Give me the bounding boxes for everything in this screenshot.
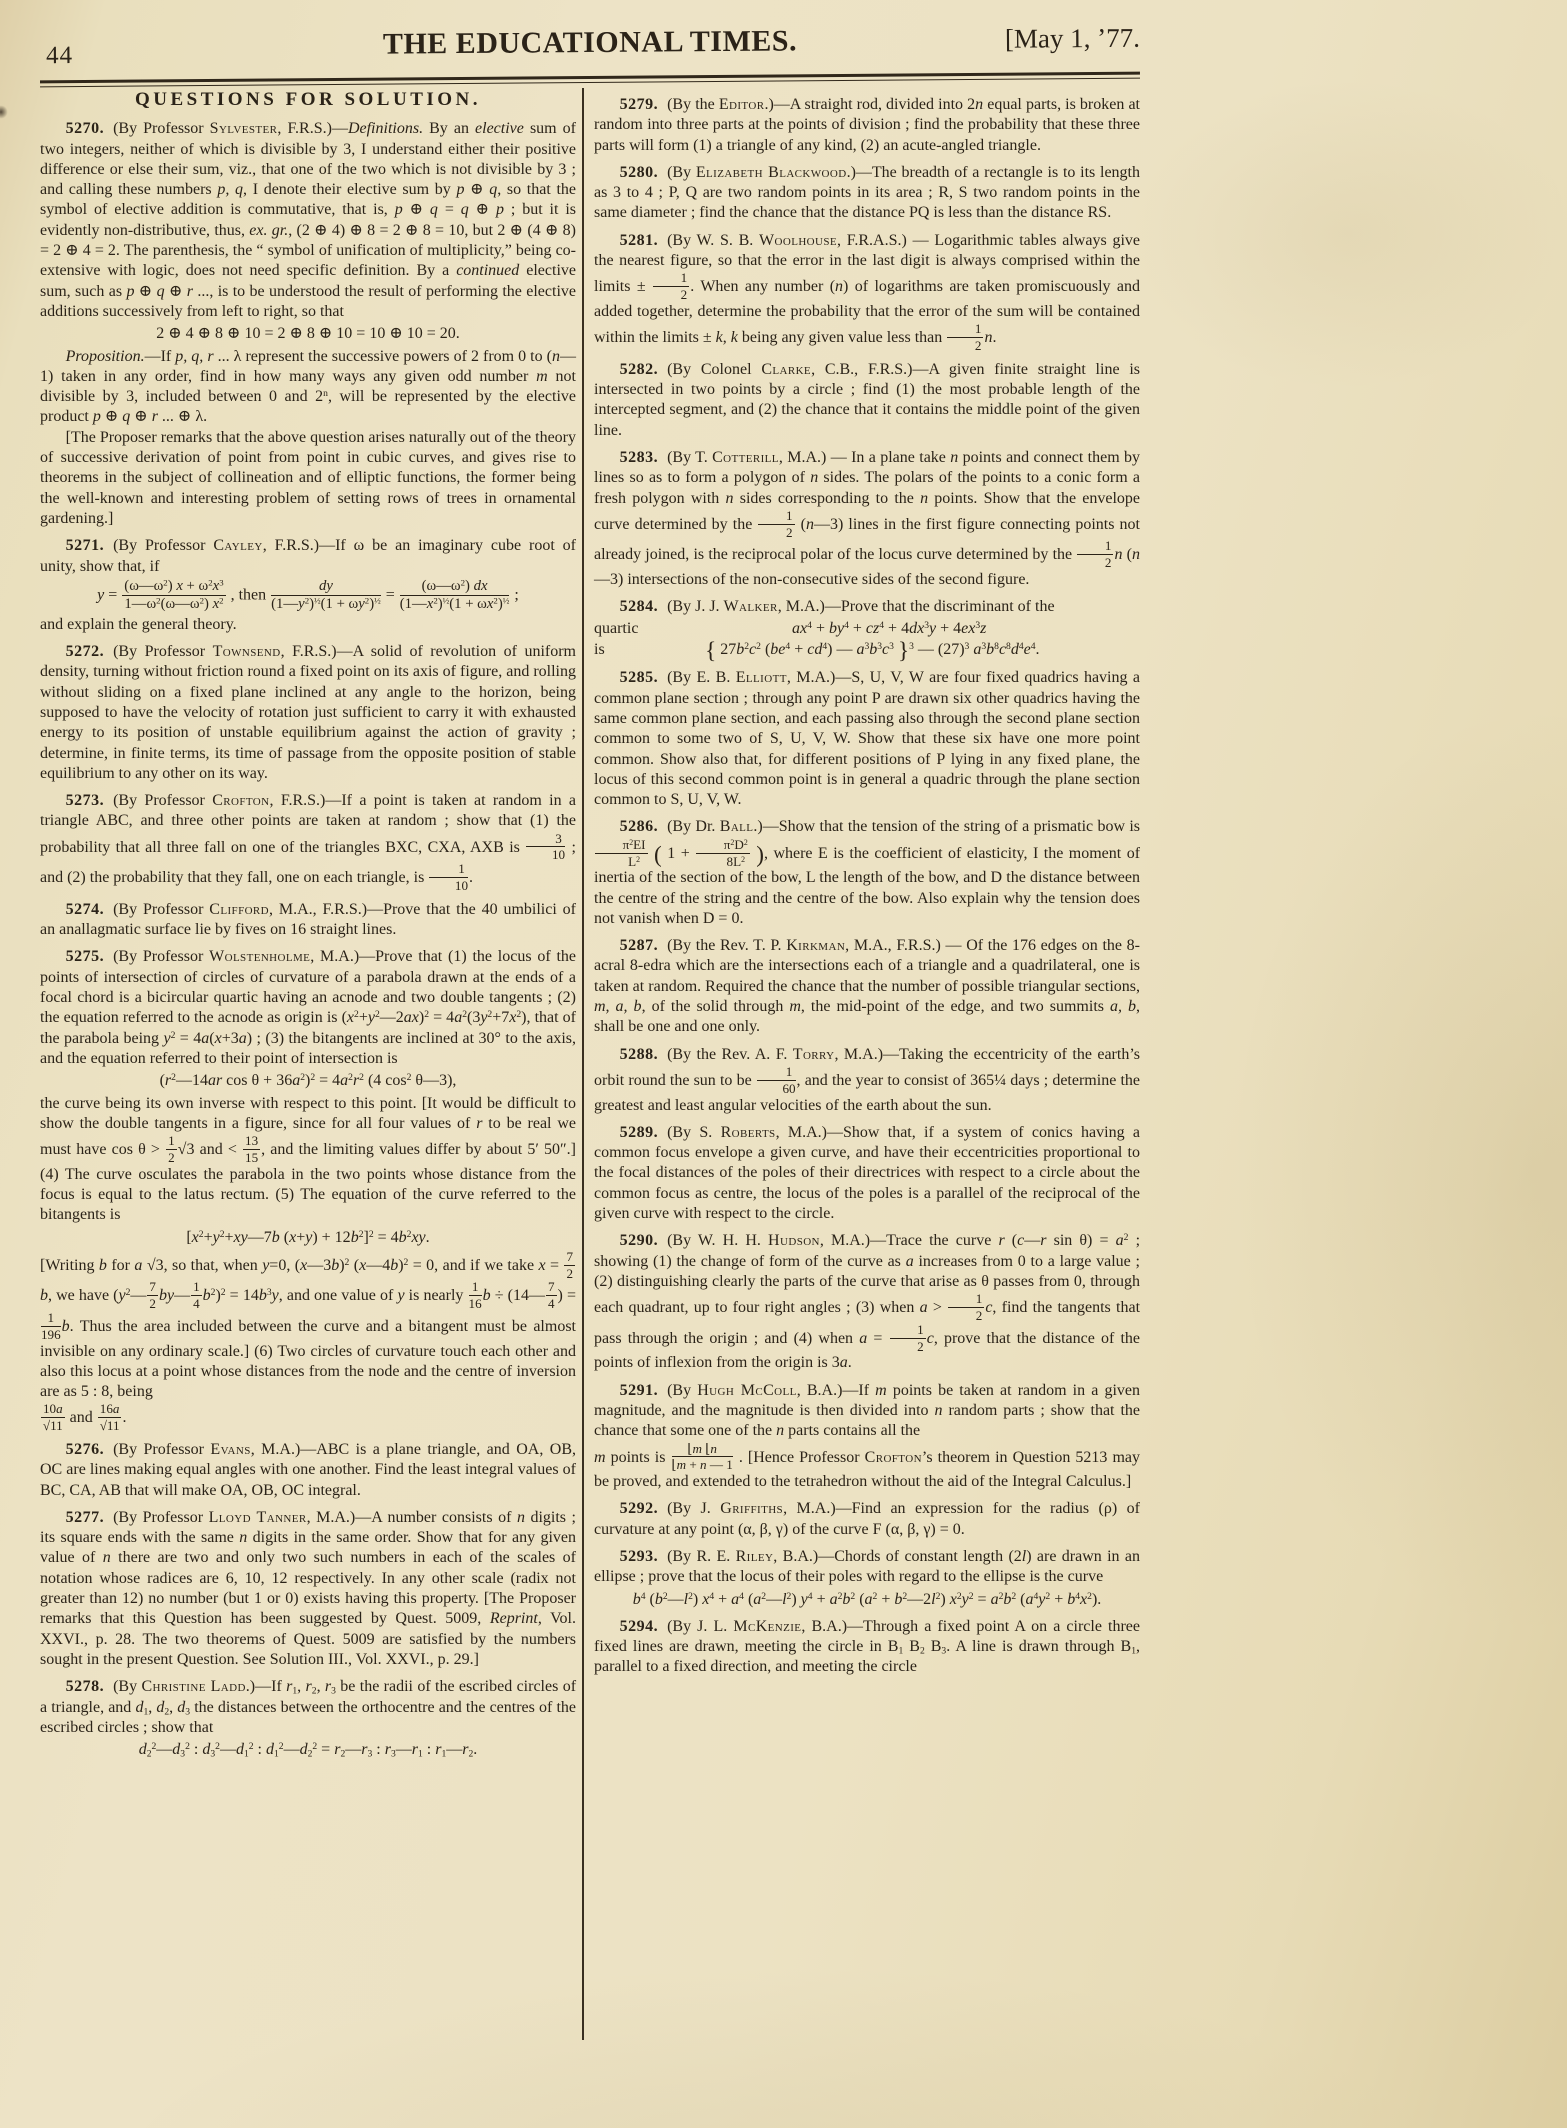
fraction-denominator: √11 [41,1418,65,1433]
math-variable: Definitions. [348,120,423,137]
fraction-denominator: (1—y2)½(1 + ωy2)½ [271,596,381,612]
superscript: 2 [312,1741,317,1752]
labelled-equation: quarticax4 + by4 + cz4 + 4dx3y + 4ex3z [594,619,1140,639]
question-paragraph: 5286.(By Dr. Ball.)—Show that the tensio… [594,817,1140,929]
fraction: (ω—ω2) x + ω2x31—ω2(ω—ω2) x2 [121,579,226,613]
subscript: 2 [164,1706,169,1717]
math-variable: y [262,1257,269,1274]
question-paragraph: [Writing b for a √3, so that, when y=0, … [40,1250,576,1403]
superscript: 2 [433,596,437,606]
math-variable: b [633,1591,641,1608]
math-variable: Reprint [490,1610,538,1627]
question-number: 5282. [620,361,668,378]
question-5279: 5279.(By the Editor.)—A straight rod, di… [594,95,1140,156]
math-variable: r [998,1232,1004,1249]
math-variable: ex. gr. [249,222,288,239]
fraction: 12 [652,271,690,302]
superscript: 3 [219,577,223,587]
subscript: 3 [941,1646,946,1657]
page-content: QUESTIONS FOR SOLUTION. 5270.(By Profess… [40,88,1140,2040]
subscript: 1 [898,1646,903,1657]
subscript: 2 [920,1646,925,1657]
fraction-numerator: 1 [41,1311,61,1327]
math-variable: a [859,1330,867,1347]
superscript: 2 [424,1010,429,1021]
math-variable: a [56,1401,63,1416]
math-variable: continued [456,262,519,279]
superscript: 2 [744,838,748,847]
fraction-denominator: 10 [526,847,565,862]
fraction-denominator: 8L2 [696,854,750,869]
superscript: n [323,388,328,399]
math-variable: z [980,620,986,637]
question-number: 5288. [620,1046,668,1063]
superscript: 2 [365,596,369,606]
author-name: Cayley [213,537,262,554]
math-variable: m [875,1382,887,1399]
math-variable: p [126,283,134,300]
question-number: 5276. [66,1441,114,1458]
display-equation: [x2+y2+xy—7b (x+y) + 12b2]2 = 4b2xy. [40,1228,576,1248]
math-variable: b [331,1257,339,1274]
math-variable: k [731,329,738,346]
superscript: 2 [1045,1591,1050,1602]
fraction: 12 [1076,539,1114,570]
fraction-numerator: 3 [526,832,565,848]
superscript: 2 [936,1591,941,1602]
superscript: 2 [407,1072,412,1083]
superscript: 2 [730,838,734,847]
question-paragraph: m points is ⌊m ⌊n⌊m + n — 1 . [Hence Pro… [594,1442,1140,1493]
math-variable: n [726,490,734,507]
math-variable: c [927,1330,934,1347]
equation-formula: ax4 + by4 + cz4 + 4dx3y + 4ex3z [638,619,1140,639]
fraction-numerator: 1 [947,322,983,338]
math-variable: n [984,329,992,346]
question-5278: 5278.(By Christine Ladd.)—If r1, r2, r3 … [40,1677,576,1760]
math-variable: q [122,408,130,425]
math-variable: y [305,1229,312,1246]
superscript: 4 [844,620,849,631]
math-variable: xy [411,1229,425,1246]
labelled-equation: is{ 27b2c2 (be4 + cd4) — a3b3c3 }3 — (27… [594,640,1140,661]
display-equation: 2 ⊕ 4 ⊕ 8 ⊕ 10 = 2 ⊕ 8 ⊕ 10 = 10 ⊕ 10 = … [40,324,576,344]
fraction-denominator: 4 [546,1296,557,1311]
math-variable: ax [404,1009,419,1026]
question-paragraph: 5288.(By the Rev. A. F. Torry, M.A.)—Tak… [594,1045,1140,1116]
superscript: 2 [359,1072,364,1083]
fraction: 1315 [242,1134,261,1165]
math-variable: c [1017,1232,1024,1249]
fraction-denominator: 60 [757,1081,796,1096]
question-paragraph: 5279.(By the Editor.)—A straight rod, di… [594,95,1140,156]
math-variable: a, b [1110,998,1136,1015]
question-paragraph: 5294.(By J. L. McKenzie, B.A.)—Through a… [594,1617,1140,1678]
superscript: 2 [850,1591,855,1602]
math-variable: elective [475,120,524,137]
question-paragraph: 5280.(By Elizabeth Blackwood.)—The bread… [594,163,1140,224]
superscript: 2 [629,838,633,847]
math-variable: c [985,1299,992,1316]
math-variable: a [840,1354,848,1371]
question-number: 5291. [620,1382,668,1399]
fraction-numerator: 1 [757,1065,796,1081]
math-variable: b [62,1318,70,1335]
math-variable: a [731,1591,739,1608]
author-name: Elizabeth Blackwood [696,164,847,181]
math-variable: ex [961,620,975,637]
math-variable: n [776,1422,784,1439]
superscript: ½ [503,596,510,606]
question-5284: 5284.(By J. J. Walker, M.A.)—Prove that … [594,597,1140,661]
math-variable: n [920,490,928,507]
big-paren: { [705,638,716,664]
subscript: 3 [391,1749,396,1760]
superscript: 2 [1124,1233,1129,1244]
author-name: Lloyd Tanner [209,1509,307,1526]
math-variable: r [187,283,193,300]
question-number: 5286. [620,818,668,835]
fraction: ⌊m ⌊n⌊m + n — 1 [671,1442,734,1473]
math-variable: p, q, r [175,348,213,365]
math-variable: b [272,1229,280,1246]
superscript: 2 [156,596,160,606]
math-variable: b [483,1287,491,1304]
question-number: 5281. [620,232,668,249]
fraction-denominator: 2 [653,287,689,302]
masthead-title: THE EDUCATIONAL TIMES. [40,22,1140,65]
fraction-numerator: 10a [41,1402,65,1418]
fraction-numerator: 1 [948,1292,984,1308]
superscript: ½ [443,596,450,606]
question-5270: 5270.(By Professor Sylvester, F.R.S.)—De… [40,119,576,529]
superscript: 2 [354,1010,359,1021]
question-paragraph: 5291.(By Hugh McColl, B.A.)—If m points … [594,1381,1140,1442]
author-name: Christine Ladd [141,1678,245,1695]
question-paragraph: 5274.(By Professor Clifford, M.A., F.R.S… [40,900,576,941]
math-variable: q [461,201,469,218]
superscript: 2 [787,1591,792,1602]
math-variable: b [351,1229,359,1246]
math-variable: xy [234,1229,248,1246]
math-variable: m [677,1457,686,1472]
fraction: 12 [946,322,984,353]
question-5287: 5287.(By the Rev. T. P. Kirkman, M.A., F… [594,936,1140,1037]
question-number: 5272. [66,643,114,660]
fraction-denominator: 196 [41,1327,61,1342]
subscript: 1 [143,1706,148,1717]
subscript: 3 [367,1749,372,1760]
math-variable: y [368,1009,375,1026]
math-variable: n [700,1457,707,1472]
math-variable: a [201,1030,209,1047]
fraction: 310 [525,832,566,863]
subscript: 1 [292,1686,297,1697]
fraction-denominator: 10 [429,878,468,893]
math-variable: n [810,469,818,486]
fraction-denominator: 15 [243,1150,260,1165]
superscript: 3 [909,641,914,652]
math-variable: d [300,1741,308,1758]
question-paragraph: 5273.(By Professor Crofton, F.R.S.)—If a… [40,791,576,893]
subscript: 1 [418,1749,423,1760]
superscript: 4 [709,1591,714,1602]
question-number: 5285. [620,669,668,686]
question-number: 5287. [620,937,668,954]
math-variable: cz [866,620,879,637]
math-variable: dy [319,578,333,594]
math-variable: n [103,1549,111,1566]
superscript: 4 [641,1591,646,1602]
math-variable: y [213,1229,220,1246]
math-variable: ax [792,620,807,637]
fraction-numerator: 1 [890,1323,926,1339]
math-variable: m [536,368,548,385]
display-equation: d22—d32 : d32—d12 : d12—d22 = r2—r3 : r3… [40,1740,576,1760]
superscript: 2 [220,1229,225,1240]
superscript: 2 [969,1591,974,1602]
fraction-numerator: 1 [1077,539,1113,555]
math-variable: a [292,1072,300,1089]
question-5282: 5282.(By Colonel Clarke, C.B., F.R.S.)—A… [594,360,1140,441]
superscript: 2 [1087,1591,1092,1602]
question-5285: 5285.(By E. B. Elliott, M.A.)—S, U, V, W… [594,668,1140,810]
math-variable: n [517,1509,525,1526]
math-variable: Proposition. [66,348,145,365]
question-5293: 5293.(By R. E. Riley, B.A.)—Chords of co… [594,1547,1140,1610]
fraction: 160 [756,1065,797,1096]
fraction-numerator: (ω—ω2) dx [400,579,510,596]
fraction-denominator: 2 [948,1308,984,1323]
question-5288: 5288.(By the Rev. A. F. Torry, M.A.)—Tak… [594,1045,1140,1116]
subscript: 2 [312,1686,317,1697]
author-name: Crofton [212,792,269,809]
issue-date: [May 1, ’77. [1005,23,1140,55]
math-variable: by [159,1287,174,1304]
fraction-numerator: 1 [429,862,468,878]
author-name: Sylvester [210,120,278,137]
superscript: 2 [152,1741,157,1752]
fraction-numerator: 13 [243,1134,260,1150]
question-number: 5292. [620,1500,668,1517]
question-number: 5284. [620,598,668,615]
fraction: π2D28L2 [695,838,751,869]
fraction: 12 [165,1134,178,1165]
author-name: Hudson [768,1232,820,1249]
fraction-numerator: 7 [147,1280,158,1296]
superscript: 2 [873,1591,878,1602]
math-variable: y [119,1287,126,1304]
math-variable: b [259,1287,267,1304]
math-variable: x [289,1229,296,1246]
math-variable: y [962,1591,969,1608]
question-5273: 5273.(By Professor Crofton, F.R.S.)—If a… [40,791,576,893]
question-number: 5270. [66,120,114,137]
superscript: 2 [211,1288,216,1299]
question-number: 5271. [66,537,114,554]
superscript: 3 [889,641,894,652]
question-paragraph: 5272.(By Professor Townsend, F.R.S.)—A s… [40,642,576,784]
fraction: (ω—ω2) dx(1—x2)½(1 + ωx2)½ [399,579,511,613]
question-number: 5273. [66,792,114,809]
fraction-numerator: 1 [758,509,794,525]
author-name: Kirkman [786,937,845,954]
fraction-numerator: 1 [469,1280,482,1296]
superscript: ½ [374,596,381,606]
question-paragraph: 5290.(By W. H. H. Hudson, M.A.)—Trace th… [594,1231,1140,1373]
superscript: 2 [279,1741,284,1752]
question-number: 5283. [620,449,668,466]
math-variable: l [1022,1548,1026,1565]
fraction-numerator: 16a [98,1402,122,1418]
math-variable: b [986,641,994,658]
math-variable: a [991,1591,999,1608]
question-5275: 5275.(By Professor Wolstenholme, M.A.)—P… [40,947,576,1433]
question-number: 5277. [66,1509,114,1526]
fraction-denominator: ⌊m + n — 1 [672,1457,733,1472]
fraction-denominator: L2 [595,854,648,869]
math-variable: e [1024,641,1031,658]
fraction-denominator: 2 [947,338,983,353]
subscript: 2 [469,1749,474,1760]
superscript: 2 [199,1229,204,1240]
math-variable: ar [208,1072,222,1089]
superscript: 2 [636,855,640,864]
math-variable: c [999,641,1006,658]
big-paren: ( [654,842,662,868]
fraction-denominator: 16 [469,1296,482,1311]
question-paragraph: and explain the general theory. [40,615,576,635]
fraction-denominator: 4 [191,1296,202,1311]
superscript: 4 [879,620,884,631]
fraction-denominator: 2 [564,1266,575,1281]
superscript: 2 [663,1591,668,1602]
math-variable: k [716,329,723,346]
question-paragraph: the curve being its own inverse with res… [40,1094,576,1226]
newspaper-page: 44 THE EDUCATIONAL TIMES. [May 1, ’77. Q… [0,0,1567,2128]
author-name: Townsend [213,643,281,660]
question-paragraph: 5293.(By R. E. Riley, B.A.)—Chords of co… [594,1547,1140,1588]
superscript: 2 [163,577,167,587]
superscript: 2 [185,1741,190,1752]
superscript: 2 [359,1229,364,1240]
math-variable: x [192,1229,199,1246]
superscript: 4 [808,1591,813,1602]
math-variable: q [157,283,165,300]
math-variable: d [1011,641,1019,658]
author-name: Clarke [761,361,811,378]
math-variable: y [929,620,936,637]
author-name: Evans [210,1441,250,1458]
fraction-numerator: dy [271,579,381,596]
math-variable: q [430,201,438,218]
fraction-denominator: 2 [758,525,794,540]
question-5281: 5281.(By W. S. B. Woolhouse, F.R.A.S.) —… [594,231,1140,353]
question-5291: 5291.(By Hugh McColl, B.A.)—If m points … [594,1381,1140,1493]
superscript: 2 [300,1072,305,1083]
math-variable: d [236,1741,244,1758]
math-variable: b [203,1287,211,1304]
question-5286: 5286.(By Dr. Ball.)—Show that the tensio… [594,817,1140,929]
fraction: 110 [428,862,469,893]
superscript: 2 [404,1257,409,1268]
author-name: Griffiths [720,1500,783,1517]
fraction: 74 [545,1280,558,1311]
superscript: 4 [739,1591,744,1602]
fraction-numerator: π2EI [595,838,648,854]
superscript: 2 [221,1288,226,1299]
math-variable: x [215,1030,222,1047]
question-paragraph: 5287.(By the Rev. T. P. Kirkman, M.A., F… [594,936,1140,1037]
math-variable: x [539,1257,546,1274]
math-variable: m [693,1441,702,1456]
fraction-numerator: 1 [166,1134,177,1150]
superscript: 2 [310,1072,315,1083]
superscript: 2 [200,596,204,606]
superscript: 2 [688,1591,693,1602]
question-paragraph: 5284.(By J. J. Walker, M.A.)—Prove that … [594,597,1140,617]
superscript: 2 [461,577,465,587]
question-paragraph: 5270.(By Professor Sylvester, F.R.S.)—De… [40,119,576,322]
question-paragraph: 5285.(By E. B. Elliott, M.A.)—S, U, V, W… [594,668,1140,810]
question-number: 5280. [620,164,668,181]
math-variable: x [300,1257,307,1274]
fraction-denominator: 2 [147,1296,158,1311]
question-number: 5275. [66,948,114,965]
subscript: 3 [331,1686,336,1697]
superscript: ½ [314,596,321,606]
math-variable: n [950,449,958,466]
fraction: 116 [468,1280,483,1311]
author-name: Elliott [736,669,787,686]
question-paragraph: 5283.(By T. Cotterill, M.A.) — In a plan… [594,448,1140,590]
author-name: Ball [720,818,754,835]
big-paren: ) [756,842,764,868]
question-paragraph: Proposition.—If p, q, r ... λ represent … [40,347,576,428]
math-variable: a [113,1401,120,1416]
question-paragraph: 5292.(By J. Griffiths, M.A.)—Find an exp… [594,1499,1140,1540]
math-variable: n [835,278,843,295]
equation-label: is [594,640,605,660]
superscript: 2 [493,596,497,606]
math-variable: a [865,1591,873,1608]
question-paragraph: [The Proposer remarks that the above que… [40,428,576,529]
question-5292: 5292.(By J. Griffiths, M.A.)—Find an exp… [594,1499,1140,1540]
section-title: QUESTIONS FOR SOLUTION. [40,90,576,110]
display-equation: y = (ω—ω2) x + ω2x31—ω2(ω—ω2) x2 , then … [40,579,576,613]
subscript: 3 [185,1706,190,1717]
author-name: Crofton [865,1448,922,1465]
math-variable: n [552,348,560,365]
math-variable: a [454,1009,462,1026]
author-name: Riley [736,1548,774,1565]
math-variable: m, a, b [594,998,642,1015]
math-variable: a [1026,1591,1034,1608]
math-variable: b [399,1229,407,1246]
column-left: QUESTIONS FOR SOLUTION. 5270.(By Profess… [40,88,576,2040]
superscript: 2 [1011,1591,1016,1602]
math-variable: y [397,1287,404,1304]
math-variable: p [395,201,403,218]
question-5283: 5283.(By T. Cotterill, M.A.) — In a plan… [594,448,1140,590]
question-number: 5289. [620,1124,668,1141]
fraction-numerator: 7 [564,1250,575,1266]
math-variable: a [134,1257,142,1274]
math-variable: q [489,181,497,198]
fraction: 72 [146,1280,159,1311]
superscript: 2 [462,1010,467,1021]
superscript: 2 [375,1010,380,1021]
